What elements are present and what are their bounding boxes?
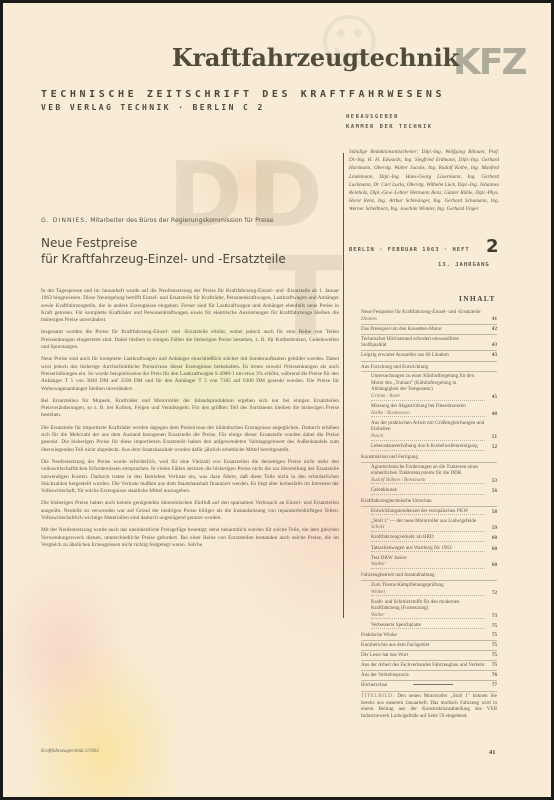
toc-entry-title: Test DKW JuniorWalker (371, 555, 485, 569)
toc-entry: Test DKW JuniorWalker60 (361, 554, 497, 571)
toc-entry: Aus der Verkehrspraxis76 (361, 671, 497, 681)
toc-entry-page: 76 (485, 672, 497, 679)
toc-entry-title: „Stoll 1" — der neue Motorroller aus Lud… (371, 518, 485, 532)
kfz-logo: KFZ (453, 45, 526, 81)
toc-entry-page: 60 (485, 562, 497, 569)
article-paragraph: Die Neufestsetzung der Preise wurde erfo… (41, 459, 339, 495)
toc-section: Aus Forschung und Entwicklung (361, 362, 497, 373)
editorial-board: Ständige Redaktionsmitarbeiter: Dipl.-In… (349, 148, 499, 214)
toc-entry-page: 60 (485, 546, 497, 553)
toc-entry-text: Der Leser hat das Wort (361, 652, 408, 658)
toc-entry-text: Test DKW Junior (371, 555, 407, 561)
author-name: G. DINNIES, (41, 217, 88, 224)
toc-entry-page: 58 (485, 509, 497, 516)
toc-section: Kraftfahrzeugtechnische Umschau (361, 496, 497, 507)
toc-entry-page: 75 (485, 642, 497, 649)
divider (413, 684, 453, 685)
toc-entry-text: Zum Thema Kämpfleitungsprüfung (371, 582, 444, 588)
toc-entry: Aus der Arbeit des Fachverbandes Fahrzeu… (361, 661, 497, 671)
toc-entry-text: „Stoll 1" — der neue Motorroller aus Lud… (371, 518, 476, 524)
toc-entry: Kraftfahrzeugverkehr im BRD60 (361, 533, 497, 543)
toc-entry-title: Messung der Abgastrübung bei Dieselmotor… (371, 403, 485, 417)
author-role: Mitarbeiter des Büros der Regierungskomm… (90, 217, 274, 224)
toc-entry-text: Bücherschau (361, 682, 387, 688)
toc-entry-page: 42 (485, 326, 497, 333)
toc-entry-title: Entwicklungstendenzen der europäischen P… (371, 508, 485, 516)
toc-entry: Verbesserte Speichplatte75 (361, 621, 497, 631)
toc-entry-author: Halke / Rasmussen (371, 410, 485, 417)
toc-entry-page: 53 (485, 478, 497, 485)
toc-entry-text: Leipzig erwartet Aussteller aus 60 Lände… (361, 352, 449, 358)
toc-entry: Praktische Winke75 (361, 631, 497, 641)
toc-entry-text: Neue Festpreise für Kraftfahrzeug-Einzel… (361, 309, 481, 315)
toc-entry-title: Kurzberichte aus dem Fachgebiet (361, 642, 485, 649)
toc-entry-author: Walker (371, 561, 485, 568)
article-body: In der Tagespresse und im Januarheft wur… (41, 288, 339, 554)
article-paragraph: Die Ersatzteile für importierte Krafträd… (41, 425, 339, 454)
journal-reference: Kraftfahrzeugtechnik 2/1963 (41, 749, 99, 754)
article-headline: Neue Festpreise für Kraftfahrzeug-Einzel… (41, 235, 286, 267)
magazine-page: ☺ D D T KFZ Kraftfahrzeugtechnik TECHNIS… (3, 3, 551, 797)
toc-entry-title: Praktische Winke (361, 632, 485, 639)
toc-entry-text: Verbesserte Speichplatte (371, 622, 421, 628)
toc-entry: Technischer Höchststand erfordert einwan… (361, 335, 497, 352)
article-paragraph: Insgesamt wurden die Preise für Kraftfah… (41, 329, 339, 351)
toc-entry: Der Leser hat das Wort75 (361, 651, 497, 661)
toc-entry-text: Kraftfahrzeugverkehr im BRD (371, 534, 434, 540)
toc-entry-text: Tatsachenwagen aus Wartburg für 1963 (371, 545, 452, 551)
toc-entry: Gelenkbusse56 (361, 486, 497, 496)
article-paragraph: In der Tagespresse und im Januarheft wur… (41, 288, 339, 324)
toc-entry-title: Neue Festpreise für Kraftfahrzeug-Einzel… (361, 309, 485, 322)
toc-entry: Zum Thema KämpfleitungsprüfungWinkel72 (361, 581, 497, 598)
article-paragraph: Neue Preise sind auch für komplette Last… (41, 356, 339, 392)
toc-entry-title: Lebensdauererhöhung durch Kurbelwellenre… (371, 443, 485, 451)
toc-entry: Messung der Abgastrübung bei Dieselmotor… (361, 402, 497, 419)
toc-entry: Lebensdauererhöhung durch Kurbelwellenre… (361, 442, 497, 452)
toc-entry-title: Kraftfahrzeugverkehr im BRD (371, 534, 485, 542)
toc-entry-text: Aus der Verkehrspraxis (361, 672, 409, 678)
toc-entry-page: 56 (485, 488, 497, 495)
toc-title: INHALT (459, 294, 496, 303)
toc-entry-page: 77 (485, 682, 497, 689)
watermark-letter: D (248, 143, 323, 248)
issue-date: BERLIN · FEBRUAR 1963 · HEFT (349, 247, 499, 253)
toc-entry-page: 43 (485, 352, 497, 359)
toc-entry-page: 43 (485, 342, 497, 349)
article-paragraph: Mit der Neufestsetzung wurde auch das un… (41, 527, 339, 549)
toc-entry-page: 75 (485, 632, 497, 639)
toc-entry-text: Agrartechnische Forderungen an die Trakt… (371, 464, 478, 477)
toc-entry: Das Preisspiel um den Kassetten-Motor42 (361, 325, 497, 335)
toc-entry: Aus der praktischen Arbeit mit Größengle… (361, 419, 497, 442)
toc-entry-page: 72 (485, 590, 497, 597)
table-of-contents: Neue Festpreise für Kraftfahrzeug-Einzel… (361, 308, 497, 692)
toc-entry-title: Das Preisspiel um den Kassetten-Motor (361, 326, 485, 333)
toc-entry-author: Winkel (371, 589, 485, 596)
toc-entry-title: Verbesserte Speichplatte (371, 622, 485, 630)
toc-entry-text: Kurzberichte aus dem Fachgebiet (361, 642, 429, 648)
article-author: G. DINNIES, Mitarbeiter des Büros der Re… (41, 217, 274, 224)
headline-line-2: für Kraftfahrzeug-Einzel- und -Ersatztei… (41, 251, 286, 267)
toc-entry-title: Agrartechnische Forderungen an die Trakt… (371, 464, 485, 485)
toc-entry: Bücherschau77 (361, 681, 497, 691)
toc-entry: Neue Festpreise für Kraftfahrzeug-Einzel… (361, 308, 497, 325)
toc-entry-text: Praktische Winke (361, 632, 397, 638)
toc-entry-title: Aus der Verkehrspraxis (361, 672, 485, 679)
editor-label: HERAUSGEBER (346, 112, 433, 122)
toc-entry-title: Zum Thema KämpfleitungsprüfungWinkel (371, 582, 485, 596)
toc-entry: Kraft- und Schmierstoffe für den moderne… (361, 598, 497, 621)
toc-entry: „Stoll 1" — der neue Motorroller aus Lud… (361, 517, 497, 534)
toc-entry-author: Grimm / Rode (371, 393, 485, 400)
toc-entry-title: Tatsachenwagen aus Wartburg für 1963 (371, 545, 485, 553)
toc-entry-page: 59 (485, 525, 497, 532)
toc-entry-author: Dinnies (361, 316, 485, 323)
toc-entry-title: Leipzig erwartet Aussteller aus 60 Lände… (361, 352, 485, 359)
toc-entry-page: 73 (485, 613, 497, 620)
toc-entry-text: Untersuchungen zu einer Kühlluftregelung… (371, 373, 474, 392)
toc-entry-title: Der Leser hat das Wort (361, 652, 485, 659)
toc-section: Fahrzeugbetrieb und Instandhaltung (361, 570, 497, 581)
toc-entry-page: 41 (485, 316, 497, 323)
magazine-subtitle: TECHNISCHE ZEITSCHRIFT DES KRAFTFAHRWESE… (41, 89, 445, 100)
watermark-letter: D (168, 143, 243, 248)
publisher: VEB VERLAG TECHNIK · BERLIN C 2 (41, 103, 265, 112)
toc-entry-author: Scholz (371, 524, 485, 531)
toc-entry-page: 75 (485, 652, 497, 659)
toc-entry-page: 75 (485, 623, 497, 630)
toc-entry: Leipzig erwartet Aussteller aus 60 Lände… (361, 351, 497, 361)
editor-block: HERAUSGEBER KAMMER DER TECHNIK (346, 112, 433, 132)
toc-entry-title: Technischer Höchststand erfordert einwan… (361, 336, 485, 349)
toc-entry-page: 51 (485, 434, 497, 441)
toc-entry-text: Aus der Arbeit des Fachverbandes Fahrzeu… (361, 662, 485, 668)
toc-entry-title: Kraft- und Schmierstoffe für den moderne… (371, 599, 485, 620)
toc-entry-author: Pusch (371, 433, 485, 440)
toc-entry-page: 45 (485, 394, 497, 401)
toc-entry: Tatsachenwagen aus Wartburg für 196360 (361, 544, 497, 554)
toc-entry: Entwicklungstendenzen der europäischen P… (361, 507, 497, 517)
magazine-title: Kraftfahrzeugtechnik (172, 43, 459, 72)
toc-entry-text: Lebensdauererhöhung durch Kurbelwellenre… (371, 443, 478, 449)
issue-number: 2 (486, 236, 499, 257)
headline-line-1: Neue Festpreise (41, 235, 286, 251)
toc-entry-text: Gelenkbusse (371, 487, 397, 493)
toc-entry-title: Aus der Arbeit des Fachverbandes Fahrzeu… (361, 662, 485, 669)
toc-entry-text: Technischer Höchststand erfordert einwan… (361, 336, 459, 349)
toc-entry-text: Messung der Abgastrübung bei Dieselmotor… (371, 403, 466, 409)
toc-entry: Kurzberichte aus dem Fachgebiet75 (361, 641, 497, 651)
toc-entry-page: 52 (485, 444, 497, 451)
toc-entry-page: 48 (485, 411, 497, 418)
toc-entry-title: Gelenkbusse (371, 487, 485, 495)
cover-note: TITELBILD: Den neuen Motorroller „Stoll … (361, 693, 497, 719)
toc-entry-text: Aus der praktischen Arbeit mit Größengle… (371, 420, 484, 433)
volume: 13. JAHRGANG (438, 262, 490, 268)
article-paragraph: Bei Ersatzteilen für Mopeds, Krafträder … (41, 398, 339, 420)
toc-entry-text: Kraft- und Schmierstoffe für den moderne… (371, 599, 460, 612)
toc-entry-page: 75 (485, 662, 497, 669)
toc-entry-title: Aus der praktischen Arbeit mit Größengle… (371, 420, 485, 441)
article-paragraph: Die bisherigen Preise haben auch keinen … (41, 500, 339, 522)
page-number: 41 (489, 749, 496, 756)
toc-entry: Untersuchungen zu einer Kühlluftregelung… (361, 372, 497, 402)
sidebar-rule (343, 153, 344, 618)
toc-entry-text: Entwicklungstendenzen der europäischen P… (371, 508, 468, 514)
toc-entry-title: Untersuchungen zu einer Kühlluftregelung… (371, 373, 485, 400)
toc-entry-text: Das Preisspiel um den Kassetten-Motor (361, 326, 442, 332)
editor-name: KAMMER DER TECHNIK (346, 122, 433, 132)
toc-entry: Agrartechnische Forderungen an die Trakt… (361, 463, 497, 486)
toc-entry-author: Rudolf Böhme / Bonsmann (371, 477, 485, 484)
cover-note-label: TITELBILD: (361, 693, 394, 699)
toc-entry-author: Walter (371, 612, 485, 619)
toc-entry-page: 60 (485, 535, 497, 542)
toc-section: Konstruktion und Fertigung (361, 452, 497, 463)
